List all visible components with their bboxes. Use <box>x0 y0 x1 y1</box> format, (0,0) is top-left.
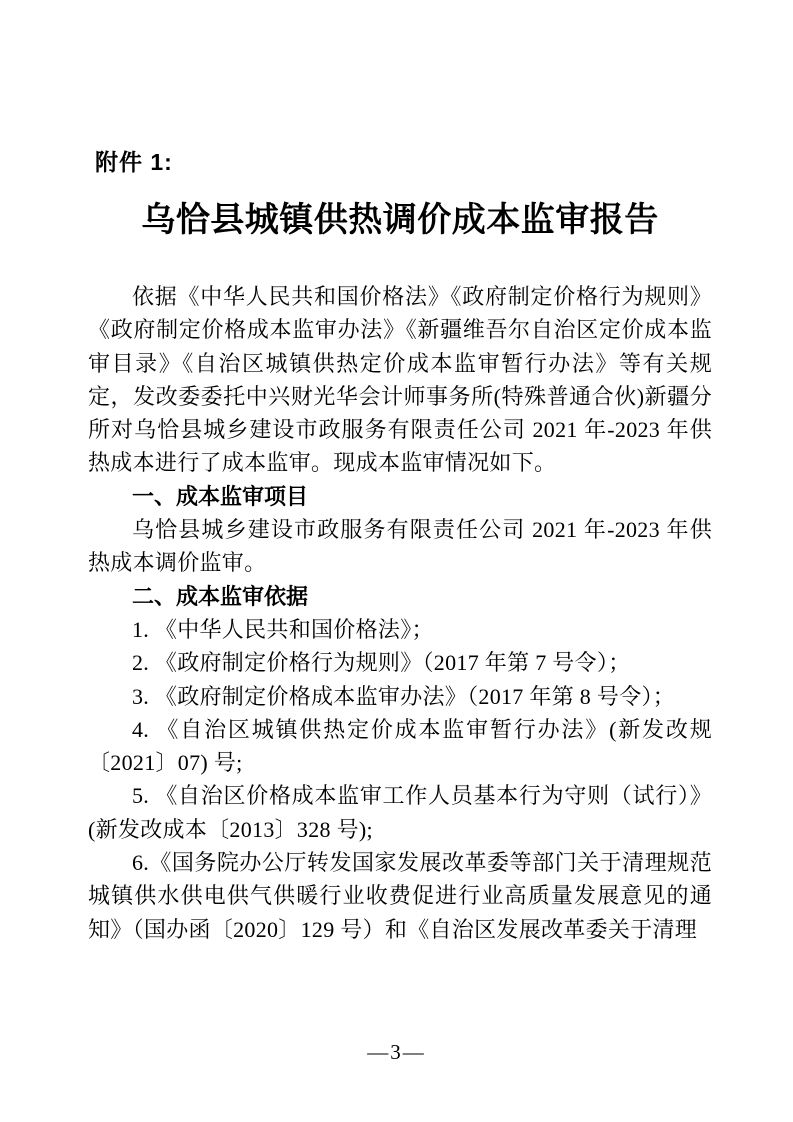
page-number: —3— <box>0 1040 793 1065</box>
section-1-body: 乌恰县城乡建设市政服务有限责任公司 2021 年-2023 年供热成本调价监审。 <box>88 513 712 580</box>
basis-item-5: 5. 《自治区价格成本监审工作人员基本行为守则（试行）》(新发改成本〔2013〕… <box>88 779 712 846</box>
attachment-label: 附件 1: <box>95 144 173 177</box>
basis-item-1: 1. 《中华人民共和国价格法》； <box>88 613 712 646</box>
basis-item-6: 6.《国务院办公厅转发国家发展改革委等部门关于清理规范城镇供水供电供气供暖行业收… <box>88 846 712 946</box>
document-page: 附件 1: 乌恰县城镇供热调价成本监审报告 依据《中华人民共和国价格法》《政府制… <box>0 0 793 1122</box>
basis-item-4: 4. 《自治区城镇供热定价成本监审暂行办法》(新发改规〔2021〕07) 号; <box>88 713 712 780</box>
basis-item-3: 3. 《政府制定价格成本监审办法》（2017 年第 8 号令）； <box>88 680 712 713</box>
document-body: 依据《中华人民共和国价格法》《政府制定价格行为规则》《政府制定价格成本监审办法》… <box>88 280 712 946</box>
section-2-heading: 二、成本监审依据 <box>88 580 712 613</box>
basis-item-2: 2. 《政府制定价格行为规则》（2017 年第 7 号令）； <box>88 646 712 679</box>
intro-paragraph: 依据《中华人民共和国价格法》《政府制定价格行为规则》《政府制定价格成本监审办法》… <box>88 280 712 480</box>
document-title: 乌恰县城镇供热调价成本监审报告 <box>88 192 712 241</box>
section-1-heading: 一、成本监审项目 <box>88 480 712 513</box>
